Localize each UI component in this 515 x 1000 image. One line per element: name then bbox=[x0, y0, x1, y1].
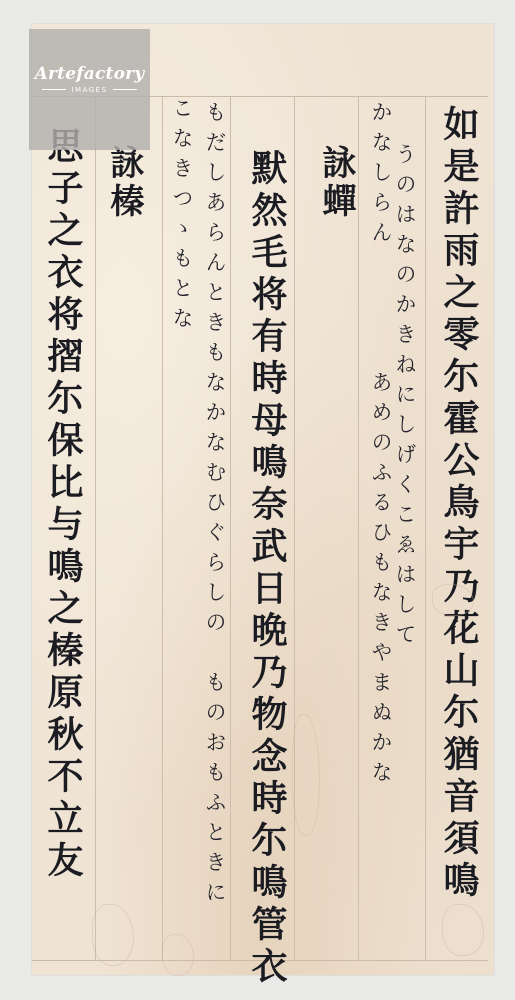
column-rule bbox=[358, 97, 359, 960]
poem-2-kana-column-b: こなきつゝもとな bbox=[167, 97, 197, 337]
poem-1-kanji-column: 如是許雨之零尓霍公鳥宇乃花山尓猶音須鳴 bbox=[434, 105, 485, 903]
column-rule bbox=[425, 97, 426, 960]
poem-2-kana-column-a: もだしあらんときもなかなむひぐらしの ものおもふときに bbox=[200, 101, 230, 911]
paper-stain bbox=[162, 934, 194, 976]
column-rule bbox=[95, 97, 96, 960]
watermark-rule-left bbox=[42, 89, 66, 90]
poem-2-kanji-column: 默然毛将有時母鳴奈武日晩乃物念時尓鳴管衣 bbox=[242, 149, 293, 989]
column-rule bbox=[294, 97, 295, 960]
artefactory-watermark: Artefactory IMAGES bbox=[29, 29, 150, 150]
column-rule bbox=[162, 97, 163, 960]
poem-3-title: 詠榛 bbox=[100, 145, 149, 221]
watermark-subtitle: IMAGES bbox=[42, 86, 136, 94]
poem-2-title: 詠蟬 bbox=[312, 145, 361, 221]
watermark-rule-right bbox=[113, 89, 137, 90]
paper-stain bbox=[432, 584, 474, 616]
watermark-brand: Artefactory bbox=[35, 64, 145, 84]
ruled-writing-area: 如是許雨之零尓霍公鳥宇乃花山尓猶音須鳴 うのはなのかきねにしげくこゑはして かな… bbox=[32, 96, 488, 961]
poem-1-kana-column-b: かなしらん あめのふるひもなきやまぬかな bbox=[366, 101, 396, 791]
watermark-sub-text: IMAGES bbox=[71, 86, 107, 94]
manuscript-paper: 如是許雨之零尓霍公鳥宇乃花山尓猶音須鳴 うのはなのかきねにしげくこゑはして かな… bbox=[32, 24, 494, 975]
poem-3-kanji-column: 思子之衣将摺尓保比与鳴之榛原秋不立友 bbox=[38, 127, 89, 883]
column-rule bbox=[230, 97, 231, 960]
